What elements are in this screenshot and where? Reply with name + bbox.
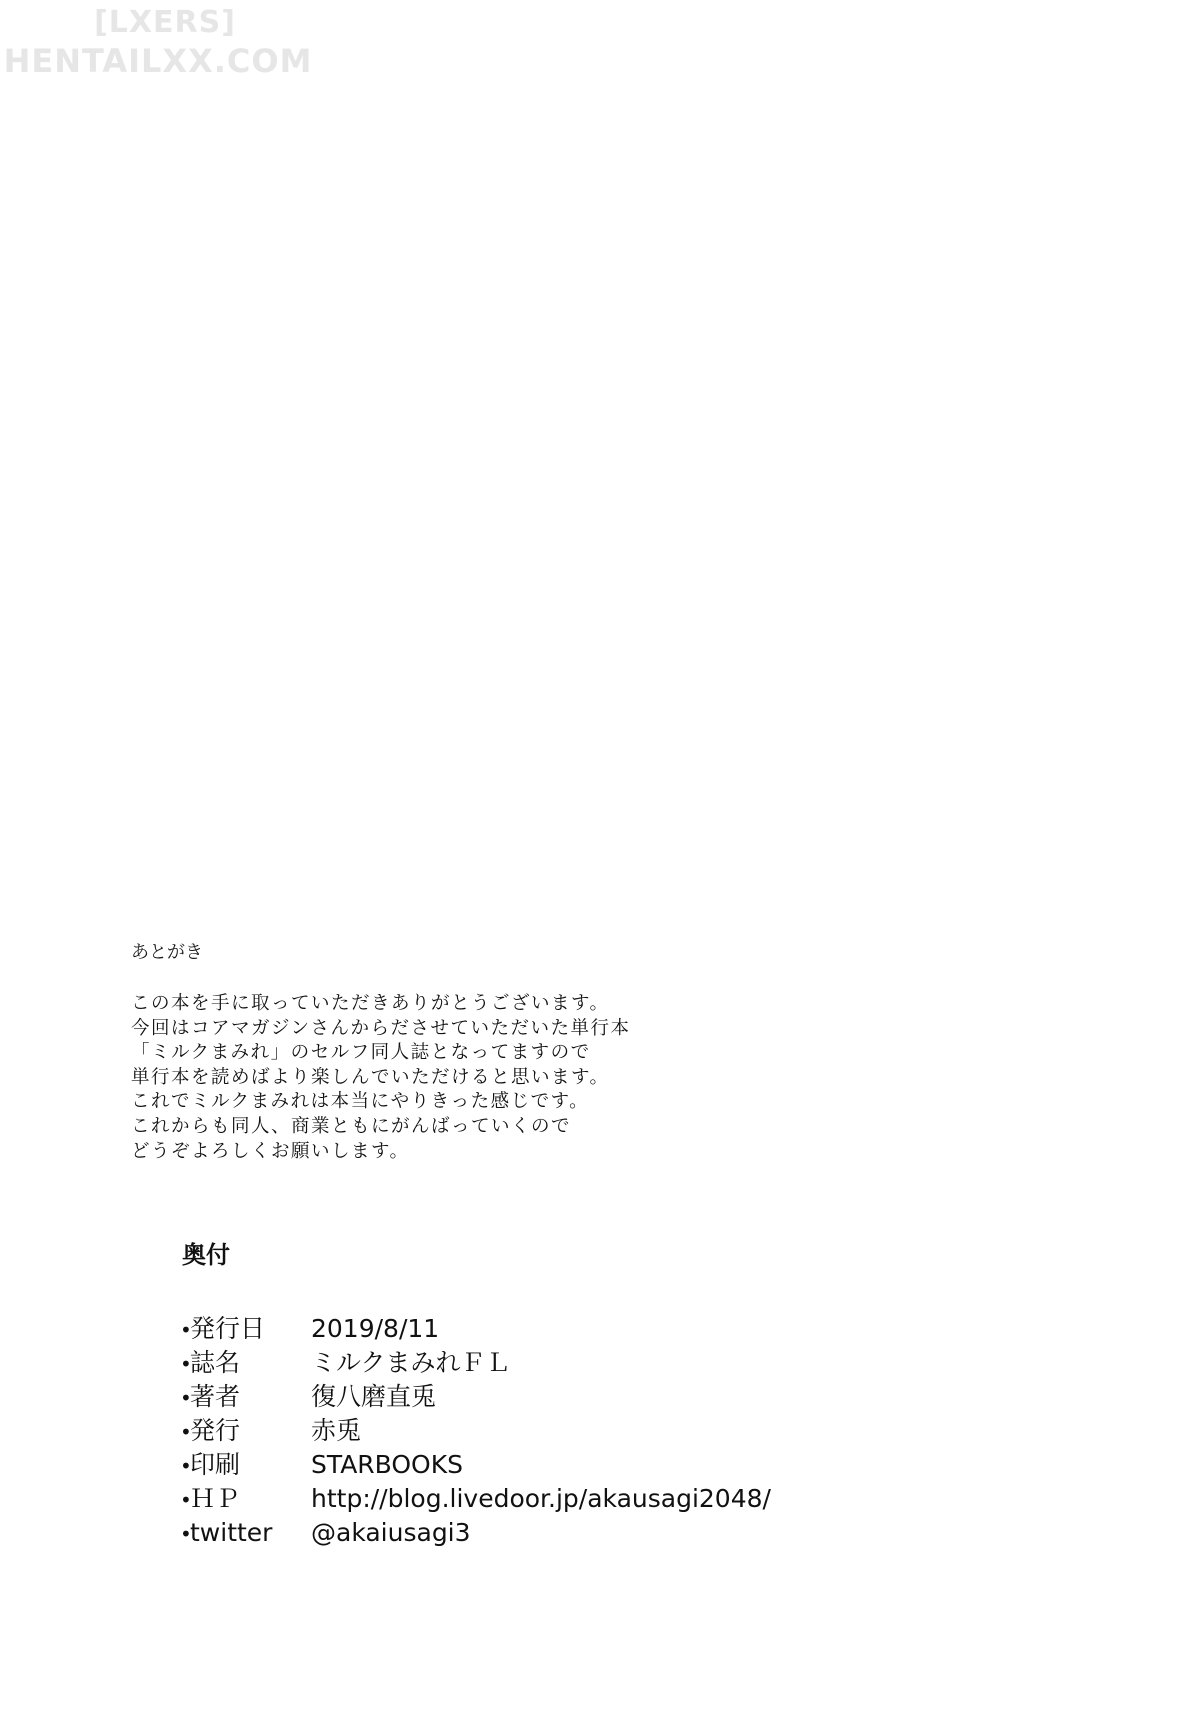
afterword-line: どうぞよろしくお願いします。 (131, 1140, 631, 1165)
colophon-row-publisher: • 発行 赤兎 (180, 1414, 771, 1448)
colophon-value: 赤兎 (311, 1414, 361, 1448)
afterword-line: 今回はコアマガジンさんからださせていただいた単行本 (131, 1017, 631, 1042)
colophon-value: STARBOOKS (311, 1448, 463, 1482)
bullet-icon: • (180, 1347, 190, 1381)
colophon-row-publish-date: • 発行日 2019/8/11 (180, 1312, 771, 1346)
colophon-label: 発行日 (190, 1312, 311, 1346)
afterword-body: この本を手に取っていただきありがとうございます。 今回はコアマガジンさんからださ… (131, 992, 631, 1164)
bullet-icon: • (180, 1483, 190, 1517)
homepage-url: http://blog.livedoor.jp/akausagi2048/ (311, 1482, 771, 1516)
colophon-row-printer: • 印刷 STARBOOKS (180, 1448, 771, 1482)
watermark-line-1: [LXERS] (0, 4, 330, 42)
bullet-icon: • (180, 1313, 190, 1347)
colophon-label: ＨＰ (190, 1482, 311, 1516)
bullet-icon: • (180, 1415, 190, 1449)
watermark: [LXERS] HENTAILXX.COM (0, 4, 330, 80)
afterword-line: この本を手に取っていただきありがとうございます。 (131, 992, 631, 1017)
afterword-line: 「ミルクまみれ」のセルフ同人誌となってますので (131, 1041, 631, 1066)
watermark-line-2: HENTAILXX.COM (0, 42, 330, 80)
afterword-title: あとがき (131, 940, 203, 966)
colophon-row-homepage: • ＨＰ http://blog.livedoor.jp/akausagi204… (180, 1482, 771, 1516)
colophon-label: 印刷 (190, 1448, 311, 1482)
colophon-list: • 発行日 2019/8/11 • 誌名 ミルクまみれＦＬ • 著者 復八磨直兎… (180, 1312, 771, 1550)
afterword-line: これでミルクまみれは本当にやりきった感じです。 (131, 1090, 631, 1115)
colophon-value: 復八磨直兎 (311, 1380, 436, 1414)
colophon-row-twitter: • twitter @akaiusagi3 (180, 1516, 771, 1550)
colophon-title: 奥付 (182, 1240, 230, 1270)
bullet-icon: • (180, 1449, 190, 1483)
bullet-icon: • (180, 1381, 190, 1415)
colophon-label: twitter (190, 1516, 311, 1550)
colophon-value: 2019/8/11 (311, 1312, 439, 1346)
colophon-value: ミルクまみれＦＬ (311, 1346, 511, 1380)
colophon-label: 著者 (190, 1380, 311, 1414)
colophon-label: 発行 (190, 1414, 311, 1448)
colophon-row-title: • 誌名 ミルクまみれＦＬ (180, 1346, 771, 1380)
afterword-line: これからも同人、商業ともにがんばっていくので (131, 1115, 631, 1140)
colophon-label: 誌名 (190, 1346, 311, 1380)
colophon-row-author: • 著者 復八磨直兎 (180, 1380, 771, 1414)
twitter-handle: @akaiusagi3 (311, 1516, 471, 1550)
bullet-icon: • (180, 1517, 190, 1551)
afterword-line: 単行本を読めばより楽しんでいただけると思います。 (131, 1066, 631, 1091)
